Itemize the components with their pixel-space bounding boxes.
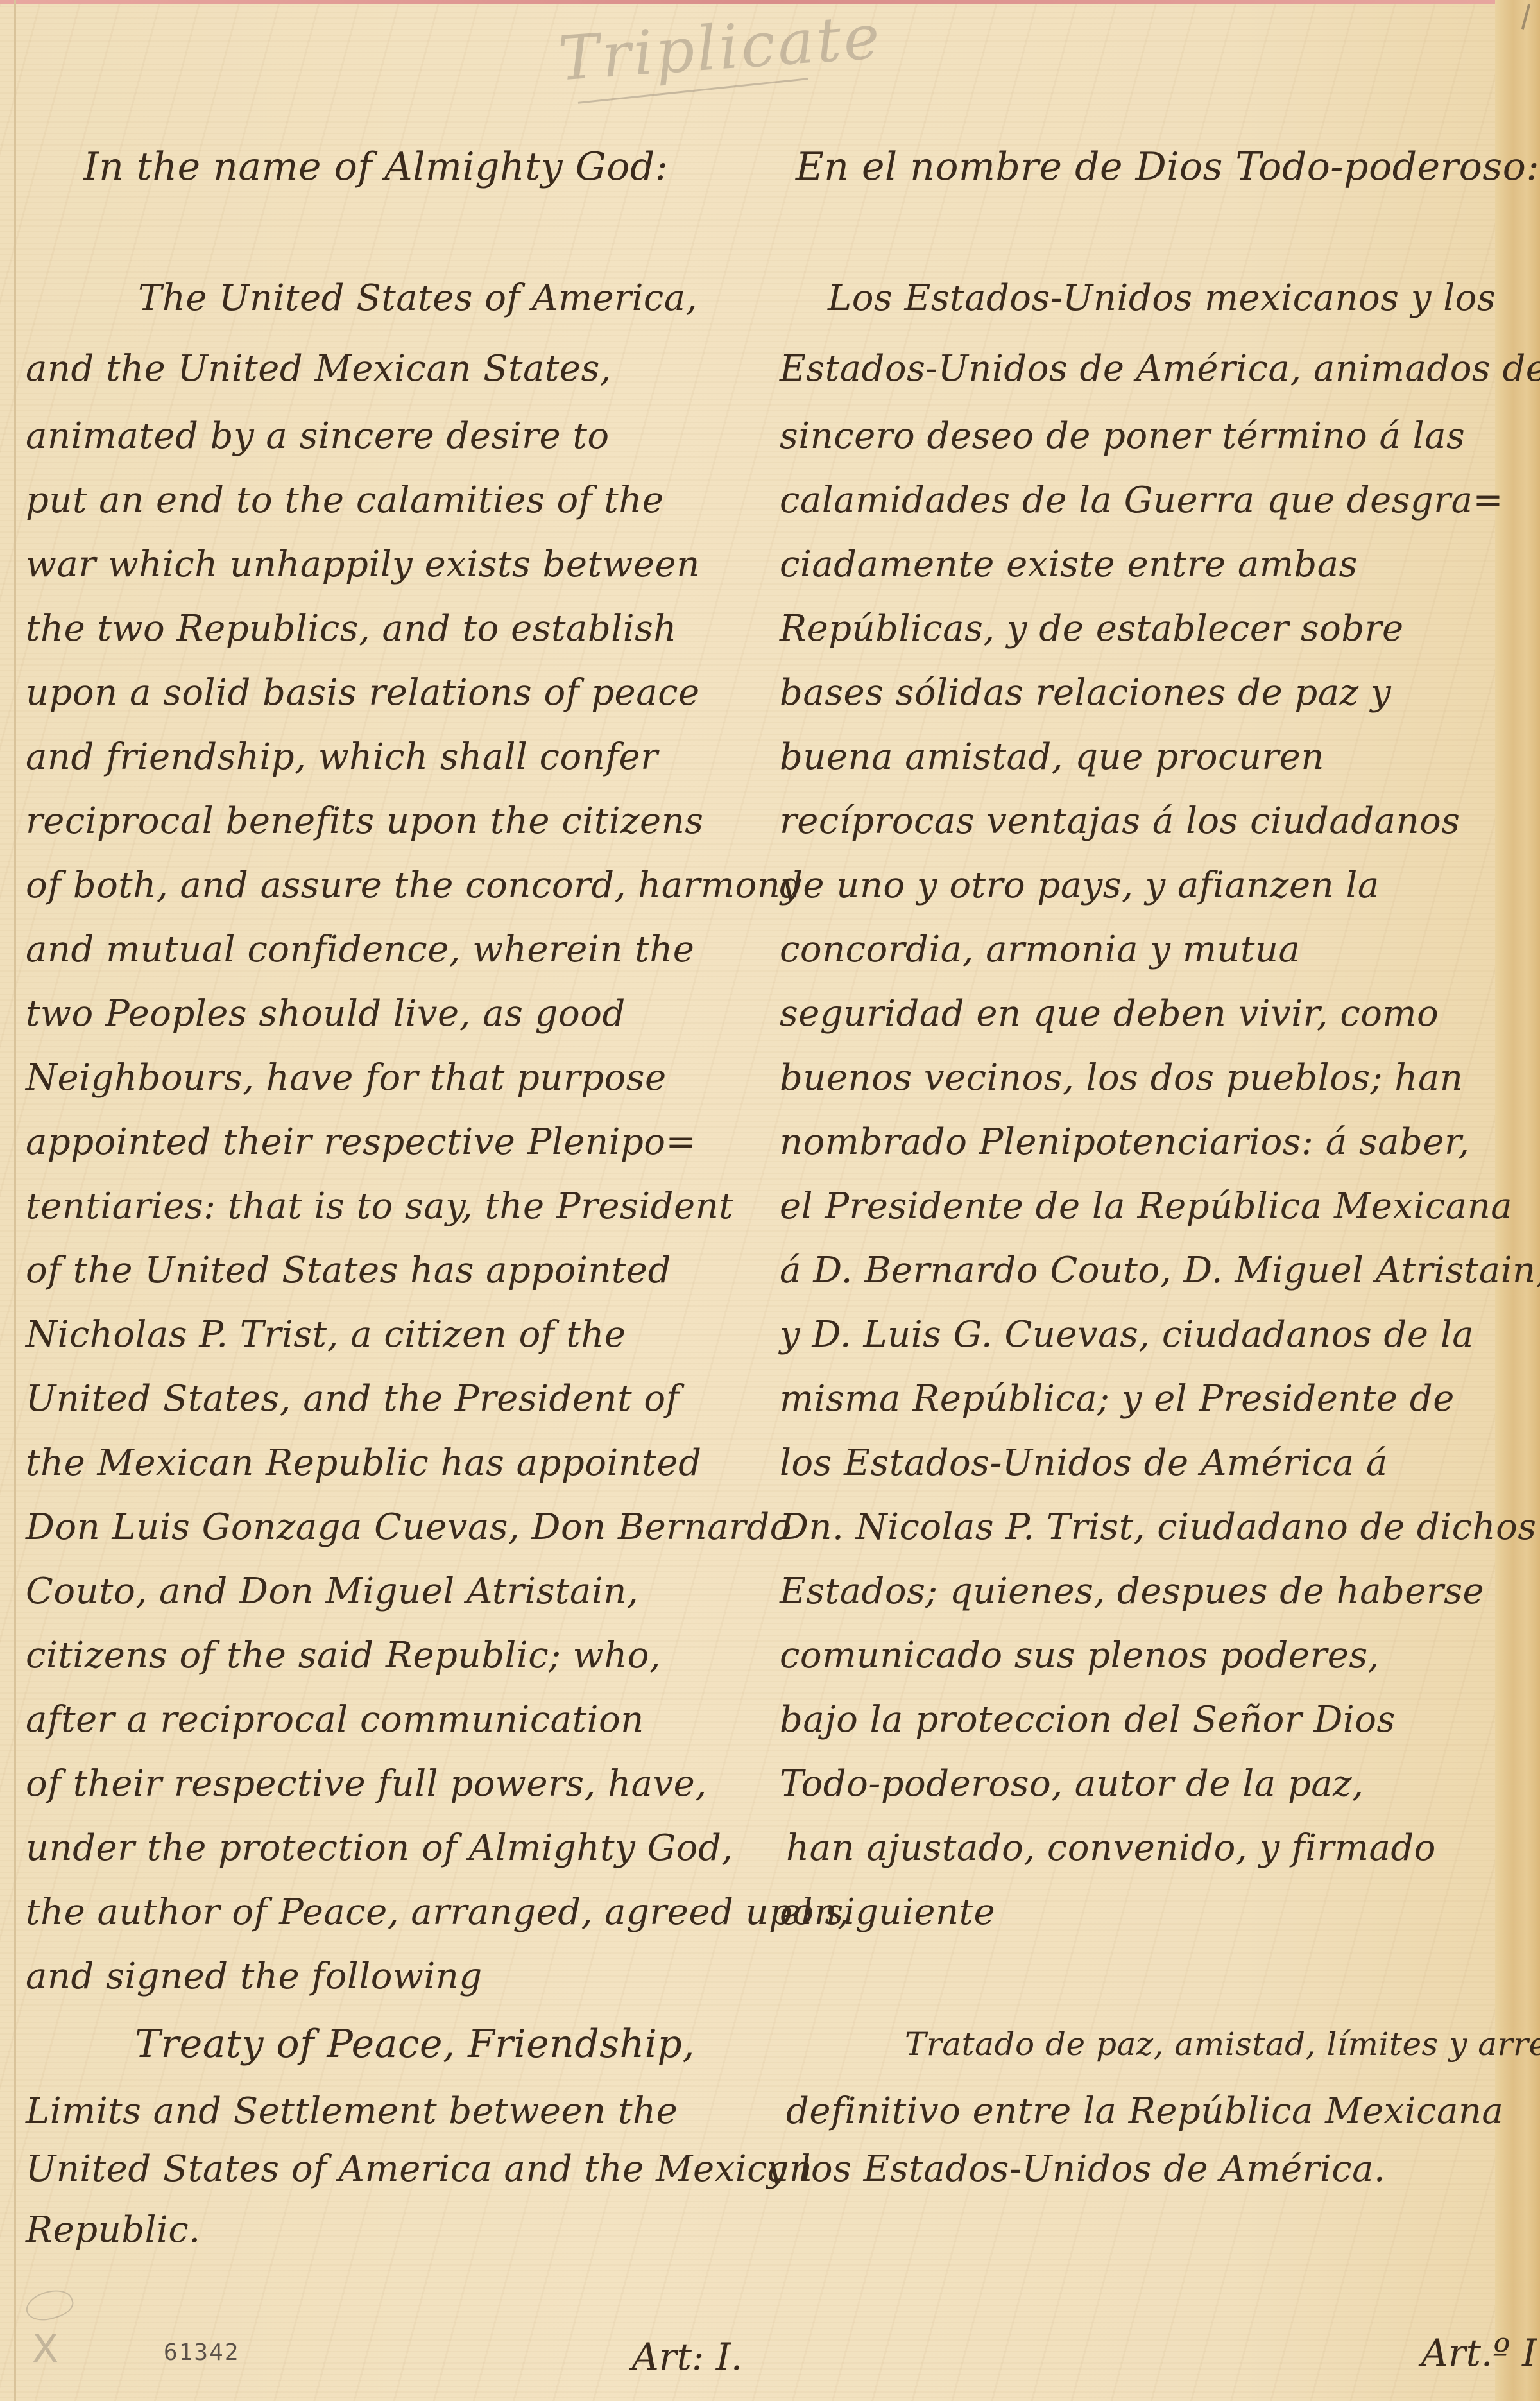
english-line: Don Luis Gonzaga Cuevas, Don Bernardo (26, 1505, 792, 1550)
spanish-line: de uno y otro pays, y afianzen la (780, 863, 1380, 908)
spanish-line: Estados-Unidos de América, animados de u… (780, 347, 1540, 392)
english-line: Couto, and Don Miguel Atristain, (26, 1569, 638, 1614)
pencil-x-mark: X (32, 2327, 58, 2371)
spanish-line: comunicado sus plenos poderes, (780, 1633, 1380, 1678)
spanish-line: Repúblicas, y de establecer sobre (780, 607, 1404, 651)
spanish-line: Dn. Nicolas P. Trist, ciudadano de dicho… (780, 1505, 1537, 1550)
english-line: put an end to the calamities of the (26, 478, 663, 523)
english-article-heading: Art: I. (632, 2335, 742, 2379)
spanish-line: y D. Luis G. Cuevas, ciudadanos de la (780, 1312, 1474, 1357)
spanish-line: seguridad en que deben vivir, como (780, 992, 1439, 1037)
spanish-line: concordia, armonia y mutua (780, 927, 1300, 972)
spanish-line: Estados; quienes, despues de haberse (780, 1569, 1484, 1614)
spanish-treaty-title: Tratado de paz, amistad, límites y arreg… (905, 2022, 1540, 2067)
english-line: animated by a sincere desire to (26, 414, 610, 459)
english-line: and friendship, which shall confer (26, 735, 658, 780)
english-line: of the United States has appointed (26, 1248, 671, 1293)
spanish-line: el siguiente (780, 1890, 995, 1935)
english-line: and the United Mexican States, (26, 347, 612, 392)
english-line: upon a solid basis relations of peace (26, 671, 700, 716)
spanish-line: á D. Bernardo Couto, D. Miguel Atristain… (780, 1248, 1540, 1293)
spanish-line: misma República; y el Presidente de (780, 1377, 1455, 1422)
english-line: of their respective full powers, have, (26, 1762, 707, 1807)
spanish-line: ciadamente existe entre ambas (780, 542, 1358, 587)
english-line: the author of Peace, arranged, agreed up… (26, 1890, 850, 1935)
spanish-line: Todo-poderoso, autor de la paz, (780, 1762, 1364, 1807)
english-treaty-title: United States of America and the Mexican (26, 2147, 812, 2192)
left-margin-line (14, 0, 16, 2401)
spanish-line: Los Estados-Unidos mexicanos y los (828, 276, 1496, 321)
spanish-line: nombrado Plenipotenciarios: á saber, (780, 1120, 1469, 1165)
english-line: war which unhappily exists between (26, 542, 700, 587)
spanish-line: buena amistad, que procuren (780, 735, 1324, 780)
english-line: under the protection of Almighty God, (26, 1826, 733, 1871)
spanish-line: han ajustado, convenido, y firmado (786, 1826, 1436, 1871)
english-treaty-title: Limits and Settlement between the (26, 2089, 678, 2134)
spanish-treaty-title: y los Estados-Unidos de América. (767, 2147, 1385, 2192)
manuscript-page: Triplicate In the name of Almighty God: … (0, 0, 1540, 2401)
english-line: two Peoples should live, as good (26, 992, 626, 1037)
english-line: after a reciprocal communication (26, 1698, 644, 1743)
english-line: the two Republics, and to establish (26, 607, 677, 651)
archive-stamp-number: 61342 (164, 2339, 239, 2366)
english-line: United States, and the President of (26, 1377, 680, 1422)
spanish-line: buenos vecinos, los dos pueblos; han (780, 1056, 1463, 1101)
english-line: and signed the following (26, 1954, 483, 1999)
spanish-line: calamidades de la Guerra que desgra= (780, 478, 1503, 523)
spanish-line: sincero deseo de poner término á las (780, 414, 1465, 459)
english-line: and mutual confidence, wherein the (26, 927, 694, 972)
top-edge-border (0, 0, 1540, 4)
pencil-note-triplicate: Triplicate (556, 2, 884, 95)
spanish-line: bases sólidas relaciones de paz y (780, 671, 1391, 716)
spanish-article-heading: Art.º I (1421, 2331, 1537, 2375)
spanish-line: los Estados-Unidos de América á (780, 1441, 1388, 1486)
english-treaty-title: Republic. (26, 2208, 201, 2253)
english-line: of both, and assure the concord, harmony (26, 863, 801, 908)
pencil-loop-mark (22, 2284, 77, 2327)
english-invocation: In the name of Almighty God: (83, 144, 668, 189)
spanish-line: el Presidente de la República Mexicana (780, 1184, 1512, 1229)
english-line: The United States of America, (138, 276, 697, 321)
english-treaty-title: Treaty of Peace, Friendship, (135, 2022, 695, 2067)
english-line: reciprocal benefits upon the citizens (26, 799, 704, 844)
spanish-line: recíprocas ventajas á los ciudadanos (780, 799, 1460, 844)
english-line: appointed their respective Plenipo= (26, 1120, 696, 1165)
english-line: the Mexican Republic has appointed (26, 1441, 701, 1486)
english-line: citizens of the said Republic; who, (26, 1633, 661, 1678)
english-line: Nicholas P. Trist, a citizen of the (26, 1312, 626, 1357)
spanish-treaty-title: definitivo entre la República Mexicana (786, 2089, 1503, 2134)
spanish-invocation: En el nombre de Dios Todo-poderoso: (796, 144, 1539, 189)
spanish-line: bajo la proteccion del Señor Dios (780, 1698, 1396, 1743)
english-line: tentiaries: that is to say, the Presiden… (26, 1184, 733, 1229)
english-line: Neighbours, have for that purpose (26, 1056, 667, 1101)
